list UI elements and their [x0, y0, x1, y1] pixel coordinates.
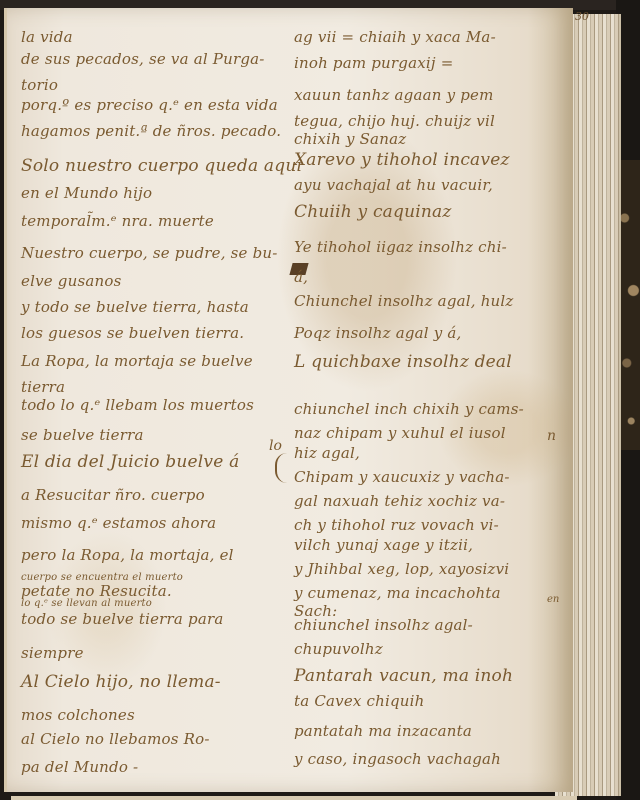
- manuscript-line: naz chipam y xuhul el iusol: [294, 424, 506, 442]
- manuscript-line: lo q.ᵉ se llevan al muerto: [21, 598, 152, 609]
- manuscript-line: gal naxuah tehiz xochiz va-: [294, 492, 505, 510]
- manuscript-line: Nuestro cuerpo, se pudre, se bu-: [21, 244, 278, 262]
- margin-marker-right-2: en: [547, 594, 559, 605]
- manuscript-line: Poqz insolhz agal y á,: [294, 324, 462, 342]
- manuscript-line: chixih y Sanaz: [294, 130, 406, 148]
- manuscript-line: Pantarah vacun, ma inoh: [294, 666, 513, 686]
- manuscript-line: El dia del Juicio buelve á: [21, 452, 239, 472]
- manuscript-line: al Cielo no llebamos Ro-: [21, 730, 210, 748]
- manuscript-line: Xarevo y tihohol incavez: [294, 150, 510, 170]
- manuscript-line: todo se buelve tierra para: [21, 610, 223, 628]
- manuscript-line: en el Mundo hijo: [21, 184, 152, 202]
- manuscript-line: elve gusanos: [21, 272, 122, 290]
- manuscript-line: mos colchones: [21, 706, 135, 724]
- manuscript-line: tierra: [21, 378, 65, 396]
- manuscript-line: chupuvolhz: [294, 640, 383, 658]
- manuscript-line: La Ropa, la mortaja se buelve: [21, 352, 253, 370]
- manuscript-line: ayu vachajal at hu vacuir,: [294, 176, 493, 194]
- manuscript-line: y Jhihbal xeg, lop, xayosizvi: [294, 560, 509, 578]
- manuscript-line: todo lo q.ᵉ llebam los muertos: [21, 396, 254, 414]
- page-bottom-edge: [11, 796, 577, 800]
- manuscript-line: Chiunchel insolhz agal, hulz: [294, 292, 514, 310]
- manuscript-page: 30 la vidade sus pecados, se va al Purga…: [4, 8, 573, 792]
- manuscript-line: hiz agal,: [294, 444, 360, 462]
- manuscript-line: Ye tihohol iigaz insolhz chi-: [294, 238, 507, 256]
- manuscript-line: xauun tanhz agaan y pem: [294, 86, 494, 104]
- manuscript-line: Al Cielo hijo, no llema-: [21, 672, 221, 692]
- manuscript-line: pa del Mundo -: [21, 758, 138, 776]
- manuscript-line: de sus pecados, se va al Purga-: [21, 50, 265, 68]
- manuscript-line: temporal̃m.ᵉ nra. muerte: [21, 212, 214, 230]
- manuscript-line: siempre: [21, 644, 84, 662]
- manuscript-line: pantatah ma inzacanta: [294, 722, 472, 740]
- manuscript-line: Solo nuestro cuerpo queda aqui: [21, 156, 302, 176]
- manuscript-line: ag vii = chiaih y xaca Ma-: [294, 28, 496, 46]
- manuscript-line: los guesos se buelven tierra.: [21, 324, 244, 342]
- manuscript-line: y todo se buelve tierra, hasta: [21, 298, 249, 316]
- manuscript-line: ch y tihohol ruz vovach vi-: [294, 516, 499, 534]
- manuscript-line: L quichbaxe insolhz deal: [294, 352, 512, 372]
- manuscript-line: chiunchel inch chixih y cams-: [294, 400, 524, 418]
- manuscript-line: a Resucitar ñro. cuerpo: [21, 486, 205, 504]
- manuscript-line: Chuiih y caquinaz: [294, 202, 452, 222]
- manuscript-line: á,: [294, 268, 308, 286]
- manuscript-line: pero la Ropa, la mortaja, el: [21, 546, 234, 564]
- manuscript-line: mismo q.ᵉ estamos ahora: [21, 514, 216, 532]
- margin-marker: lo: [269, 438, 282, 454]
- manuscript-line: la vida: [21, 28, 73, 46]
- manuscript-line: y caso, ingasoch vachagah: [294, 750, 501, 768]
- manuscript-line: chiunchel insolhz agal-: [294, 616, 473, 634]
- manuscript-line: se buelve tierra: [21, 426, 144, 444]
- manuscript-line: y cumenaz, ma incachohta: [294, 584, 501, 602]
- manuscript-line: inoh pam purgaxij =: [294, 54, 453, 72]
- margin-marker-right: n: [547, 428, 556, 444]
- manuscript-line: vilch yunaj xage y itzii,: [294, 536, 473, 554]
- manuscript-line: hagamos penit.ª de ñros. pecado.: [21, 122, 281, 140]
- manuscript-line: porq.º es preciso q.ᵉ en esta vida: [21, 96, 278, 114]
- marbled-cover: [618, 160, 640, 450]
- folio-number: 30: [575, 10, 589, 23]
- manuscript-line: ta Cavex chiquih: [294, 692, 425, 710]
- manuscript-line: Chipam y xaucuxiz y vacha-: [294, 468, 510, 486]
- manuscript-line: tegua, chijo huj. chuijz vil: [294, 112, 495, 130]
- manuscript-line: torio: [21, 76, 58, 94]
